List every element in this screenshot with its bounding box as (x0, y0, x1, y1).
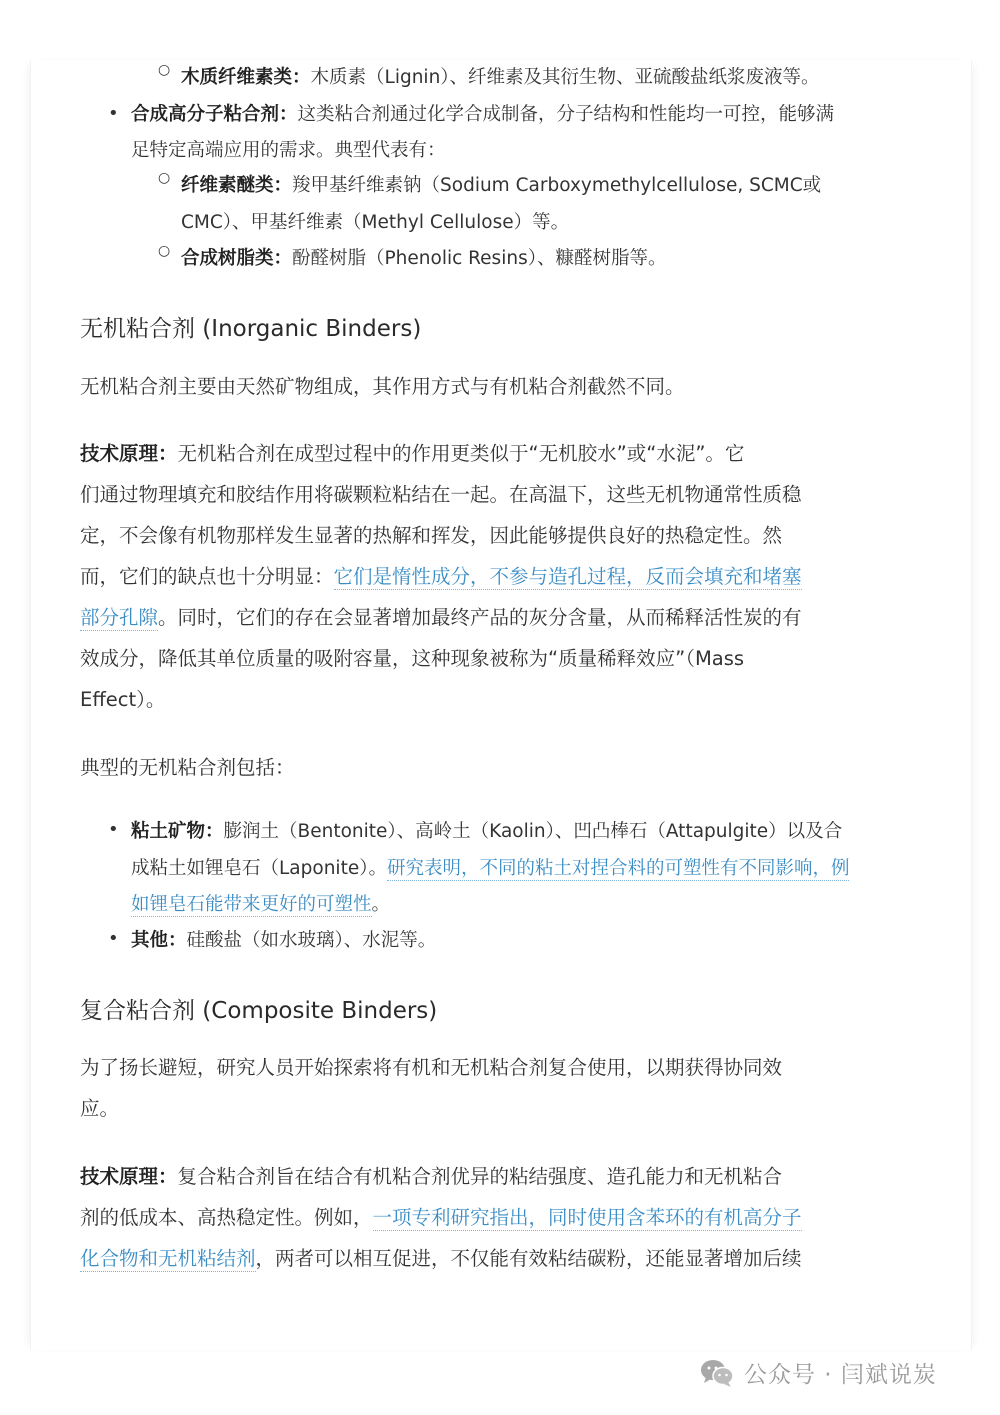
sub-item-cellulose-ether-cont: CMC）、甲基纤维素（Methyl Cellulose）等。 (181, 203, 569, 243)
composite-principle-l2: 剂的低成本、高热稳定性。例如，一项专利研究指出，同时使用含苯环的有机高分子 (80, 1198, 802, 1238)
composite-intro-l1: 为了扬长避短，研究人员开始探索将有机和无机粘合剂复合使用，以期获得协同效 (80, 1048, 782, 1088)
citation-link-clay-cont[interactable]: 如锂皂石能带来更好的可塑性 (131, 894, 372, 917)
wechat-icon (700, 1358, 736, 1388)
sub-item-cellulose-ether: 纤维素醚类：羧甲基纤维素钠（Sodium Carboxymethylcellul… (181, 166, 821, 206)
bullet-icon: • (108, 103, 119, 124)
watermark-text: 公众号 · 闫斌说炭 (744, 1356, 937, 1389)
citation-link-patent[interactable]: 一项专利研究指出，同时使用含苯环的有机高分子 (373, 1206, 802, 1231)
section-heading-composite: 复合粘合剂 (Composite Binders) (80, 992, 437, 1025)
list-item-other: 其他：硅酸盐（如水玻璃）、水泥等。 (131, 921, 436, 961)
list-item-synthetic: 合成高分子粘合剂：这类粘合剂通过化学合成制备，分子结构和性能均一可控，能够满 (131, 95, 834, 135)
citation-link-inert[interactable]: 它们是惰性成分，不参与造孔过程，反而会填充和堵塞 (334, 565, 802, 590)
citation-link-clay[interactable]: 研究表明，不同的粘土对捏合料的可塑性有不同影响，例 (387, 858, 850, 881)
composite-principle-l1: 技术原理：复合粘合剂旨在结合有机粘合剂优异的粘结强度、造孔能力和无机粘合 (80, 1157, 782, 1197)
circle-bullet-icon: ○ (158, 243, 170, 259)
inorganic-principle-l6: 效成分，降低其单位质量的吸附容量，这种现象被称为“质量稀释效应”（Mass (80, 639, 744, 679)
inorganic-principle-l2: 们通过物理填充和胶结作用将碳颗粒粘结在一起。在高温下，这些无机物通常性质稳 (80, 475, 802, 515)
list-item-clay-l2: 成粘土如锂皂石（Laponite）。研究表明，不同的粘土对捏合料的可塑性有不同影… (131, 849, 849, 889)
list-item-clay-l3: 如锂皂石能带来更好的可塑性。 (131, 885, 390, 925)
composite-intro-l2: 应。 (80, 1089, 119, 1129)
list-item-clay: 粘土矿物：膨润土（Bentonite）、高岭土（Kaolin）、凹凸棒石（Att… (131, 812, 842, 852)
inorganic-principle-l7: Effect）。 (80, 680, 165, 720)
circle-bullet-icon: ○ (158, 170, 170, 186)
circle-bullet-icon: ○ (158, 62, 170, 78)
list-item-wood: 木质纤维素类：木质素（Lignin）、纤维素及其衍生物、亚硫酸盐纸浆废液等。 (181, 58, 820, 98)
inorganic-principle-l1: 技术原理：无机粘合剂在成型过程中的作用更类似于“无机胶水”或“水泥”。它 (80, 434, 744, 474)
list-item-synthetic-cont: 足特定高端应用的需求。典型代表有： (131, 131, 446, 171)
bullet-icon: • (108, 819, 119, 840)
composite-principle-l3: 化合物和无机粘结剂，两者可以相互促进，不仅能有效粘结碳粉，还能显著增加后续 (80, 1239, 802, 1279)
section-heading-inorganic: 无机粘合剂 (Inorganic Binders) (80, 310, 421, 343)
inorganic-principle-l3: 定，不会像有机物那样发生显著的热解和挥发，因此能够提供良好的热稳定性。然 (80, 516, 782, 556)
citation-link-inert-cont[interactable]: 部分孔隙 (80, 606, 158, 631)
inorganic-principle-l4: 而，它们的缺点也十分明显：它们是惰性成分，不参与造孔过程，反而会填充和堵塞 (80, 557, 802, 597)
typical-intro: 典型的无机粘合剂包括： (80, 748, 295, 788)
sub-item-resin: 合成树脂类：酚醛树脂（Phenolic Resins）、糠醛树脂等。 (181, 239, 666, 279)
inorganic-principle-l5: 部分孔隙。同时，它们的存在会显著增加最终产品的灰分含量，从而稀释活性炭的有 (80, 598, 802, 638)
inorganic-intro: 无机粘合剂主要由天然矿物组成，其作用方式与有机粘合剂截然不同。 (80, 367, 685, 407)
watermark: 公众号 · 闫斌说炭 (700, 1356, 937, 1389)
bullet-icon: • (108, 928, 119, 949)
citation-link-patent-cont[interactable]: 化合物和无机粘结剂 (80, 1247, 256, 1272)
